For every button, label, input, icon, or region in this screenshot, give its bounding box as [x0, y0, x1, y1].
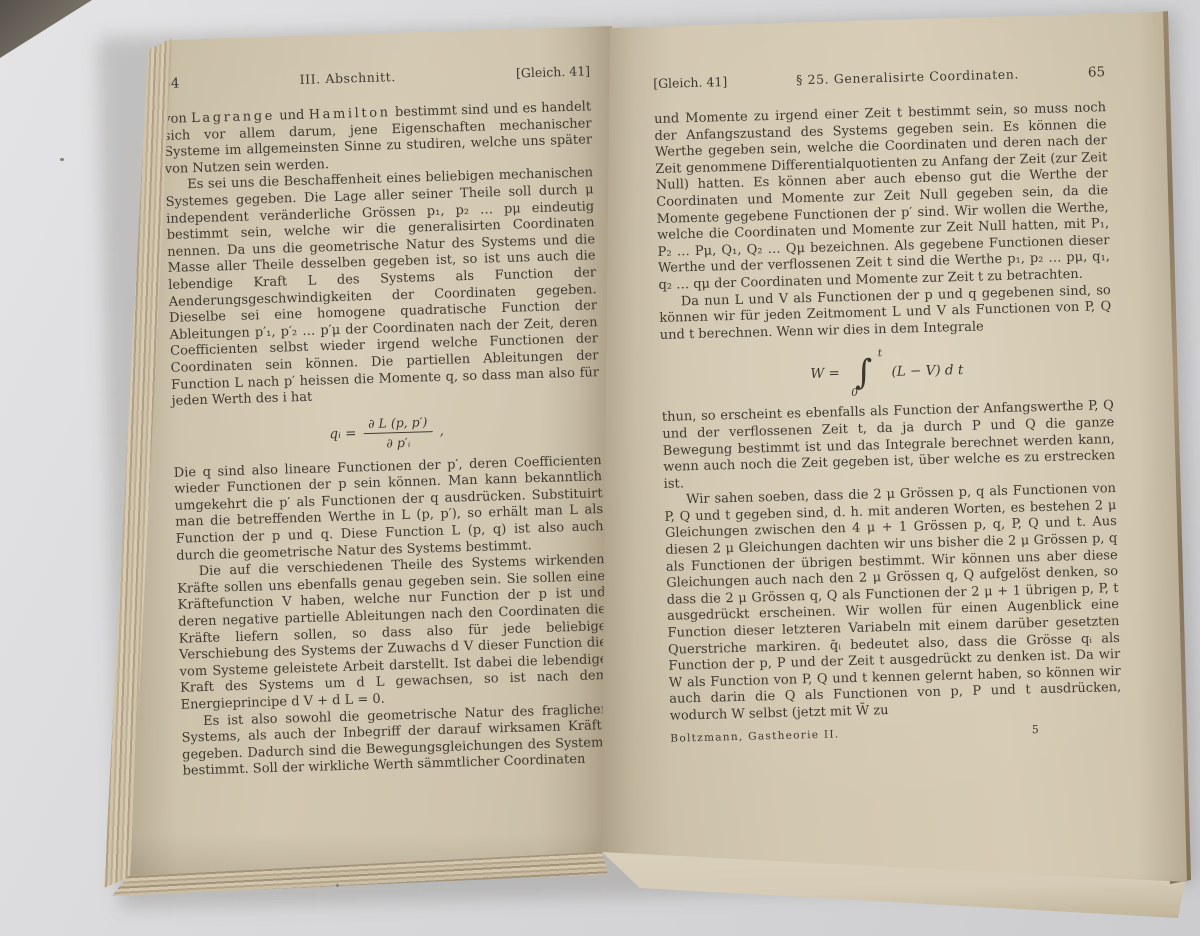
right-page-text: [Gleich. 41] § 25. Generalisirte Coordin… [653, 64, 1122, 746]
paragraph: Die auf die verschiedenen Theile des Sys… [177, 552, 609, 714]
equation-tail: , [439, 423, 444, 439]
momentum-equation: qᵢ = ∂ L (p, p′) ∂ p′ᵢ , [172, 409, 601, 457]
integral-lower-limit: 0 [851, 387, 858, 399]
right-page-header: [Gleich. 41] § 25. Generalisirte Coordin… [653, 64, 1105, 92]
equation-body: (L − V) d t [891, 362, 963, 380]
dust-speck [60, 158, 64, 161]
dust-speck [336, 884, 339, 887]
paragraph: Es sei uns die Beschaffenheit eines beli… [165, 166, 600, 411]
footer-imprint: Boltzmann, Gastheorie II. [670, 728, 839, 744]
equation-fraction: ∂ L (p, p′) ∂ p′ᵢ [363, 414, 433, 451]
equation-lhs: W = [810, 366, 840, 383]
integral-sign: t ∫ 0 [846, 353, 885, 392]
left-page-text: 64 III. Abschnitt. [Gleich. 41] von Lagr… [162, 63, 611, 780]
fraction-denominator: ∂ p′ᵢ [363, 432, 433, 451]
book-photo: 64 III. Abschnitt. [Gleich. 41] von Lagr… [0, 0, 1200, 936]
paragraph: und Momente zu irgend einer Zeit t besti… [654, 100, 1111, 294]
left-page-header: 64 III. Abschnitt. [Gleich. 41] [162, 63, 590, 92]
paragraph: thun, so erscheint es ebenfalls als Func… [662, 398, 1116, 493]
right-running-head: § 25. Generalisirte Coordinaten. [796, 66, 1019, 87]
action-integral-equation: W = t ∫ 0 (L − V) d t [660, 347, 1113, 397]
paragraph: Wir sahen soeben, dass die 2 μ Grössen p… [664, 481, 1122, 725]
paragraph: von Lagrange und Hamilton bestimmt sind … [163, 99, 593, 178]
right-page-footer: Boltzmann, Gastheorie II. 5 [670, 721, 1122, 747]
paragraph: Es ist also sowohl die geometrische Natu… [181, 702, 611, 781]
right-page-number: 65 [1088, 64, 1106, 80]
right-page: [Gleich. 41] § 25. Generalisirte Coordin… [593, 2, 1193, 918]
right-gleich-ref: [Gleich. 41] [653, 74, 727, 91]
table-corner-shadow [0, 0, 96, 62]
integral-upper-limit: t [878, 347, 883, 359]
left-running-head: III. Abschnitt. [299, 69, 396, 87]
equation-lhs: qᵢ = [329, 426, 356, 443]
left-page: 64 III. Abschnitt. [Gleich. 41] von Lagr… [118, 18, 618, 880]
sheet-signature: 5 [1032, 723, 1039, 736]
fraction-numerator: ∂ L (p, p′) [363, 414, 433, 434]
left-gleich-ref: [Gleich. 41] [516, 63, 590, 80]
paragraph: Die q sind also lineare Functionen der p… [174, 453, 605, 565]
